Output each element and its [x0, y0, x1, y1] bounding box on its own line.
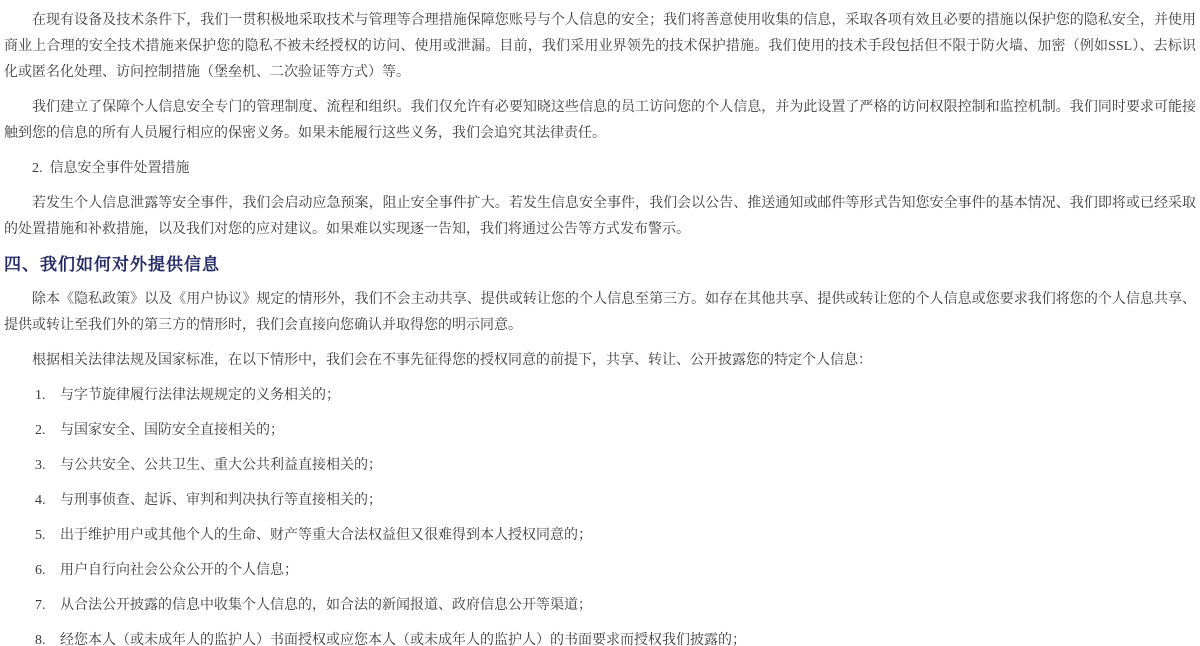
list-item: 1. 与字节旋律履行法律法规规定的义务相关的；: [4, 383, 1196, 409]
list-item: 5. 出于维护用户或其他个人的生命、财产等重大合法权益但又很难得到本人授权同意的…: [4, 523, 1196, 549]
list-item-number: 7.: [35, 593, 46, 619]
list-item-text: 从合法公开披露的信息中收集个人信息的，如合法的新闻报道、政府信息公开等渠道；: [60, 598, 592, 613]
list-item-number: 3.: [35, 453, 46, 479]
list-item: 8. 经您本人（或未成年人的监护人）书面授权或应您本人（或未成年人的监护人）的书…: [4, 628, 1196, 646]
privacy-policy-page: 在现有设备及技术条件下，我们一贯积极地采取技术与管理等合理措施保障您账号与个人信…: [0, 0, 1200, 646]
list-item-number: 2.: [35, 418, 46, 444]
subsection-number: 2.: [32, 161, 43, 176]
list-item-text: 经您本人（或未成年人的监护人）书面授权或应您本人（或未成年人的监护人）的书面要求…: [60, 633, 746, 646]
list-item-number: 4.: [35, 488, 46, 514]
list-item-text: 用户自行向社会公众公开的个人信息；: [60, 563, 298, 578]
section-heading-external-provision: 四、我们如何对外提供信息: [4, 252, 1196, 278]
policy-paragraph-legal-basis-intro: 根据相关法律法规及国家标准，在以下情形中，我们会在不事先征得您的授权同意的前提下…: [4, 348, 1196, 374]
list-item-text: 与刑事侦查、起诉、审判和判决执行等直接相关的；: [60, 493, 382, 508]
list-item: 2. 与国家安全、国防安全直接相关的；: [4, 418, 1196, 444]
policy-paragraph-incident-response: 若发生个人信息泄露等安全事件，我们会启动应急预案，阻止安全事件扩大。若发生信息安…: [4, 191, 1196, 243]
list-item-text: 与公共安全、公共卫生、重大公共利益直接相关的；: [60, 458, 382, 473]
subsection-heading-incident-handling: 2.信息安全事件处置措施: [4, 156, 1196, 182]
list-item: 6. 用户自行向社会公众公开的个人信息；: [4, 558, 1196, 584]
policy-paragraph-management-system: 我们建立了保障个人信息安全专门的管理制度、流程和组织。我们仅允许有必要知晓这些信…: [4, 95, 1196, 147]
policy-paragraph-no-active-sharing: 除本《隐私政策》以及《用户协议》规定的情形外，我们不会主动共享、提供或转让您的个…: [4, 287, 1196, 339]
exception-list: 1. 与字节旋律履行法律法规规定的义务相关的； 2. 与国家安全、国防安全直接相…: [4, 383, 1196, 646]
policy-paragraph-security-measures: 在现有设备及技术条件下，我们一贯积极地采取技术与管理等合理措施保障您账号与个人信…: [4, 8, 1196, 86]
list-item-number: 5.: [35, 523, 46, 549]
list-item-number: 1.: [35, 383, 46, 409]
list-item-text: 与字节旋律履行法律法规规定的义务相关的；: [60, 388, 340, 403]
list-item: 4. 与刑事侦查、起诉、审判和判决执行等直接相关的；: [4, 488, 1196, 514]
list-item: 3. 与公共安全、公共卫生、重大公共利益直接相关的；: [4, 453, 1196, 479]
list-item-text: 与国家安全、国防安全直接相关的；: [60, 423, 284, 438]
list-item: 7. 从合法公开披露的信息中收集个人信息的，如合法的新闻报道、政府信息公开等渠道…: [4, 593, 1196, 619]
subsection-title: 信息安全事件处置措施: [50, 161, 190, 176]
list-item-number: 6.: [35, 558, 46, 584]
list-item-number: 8.: [35, 628, 46, 646]
list-item-text: 出于维护用户或其他个人的生命、财产等重大合法权益但又很难得到本人授权同意的；: [60, 528, 592, 543]
